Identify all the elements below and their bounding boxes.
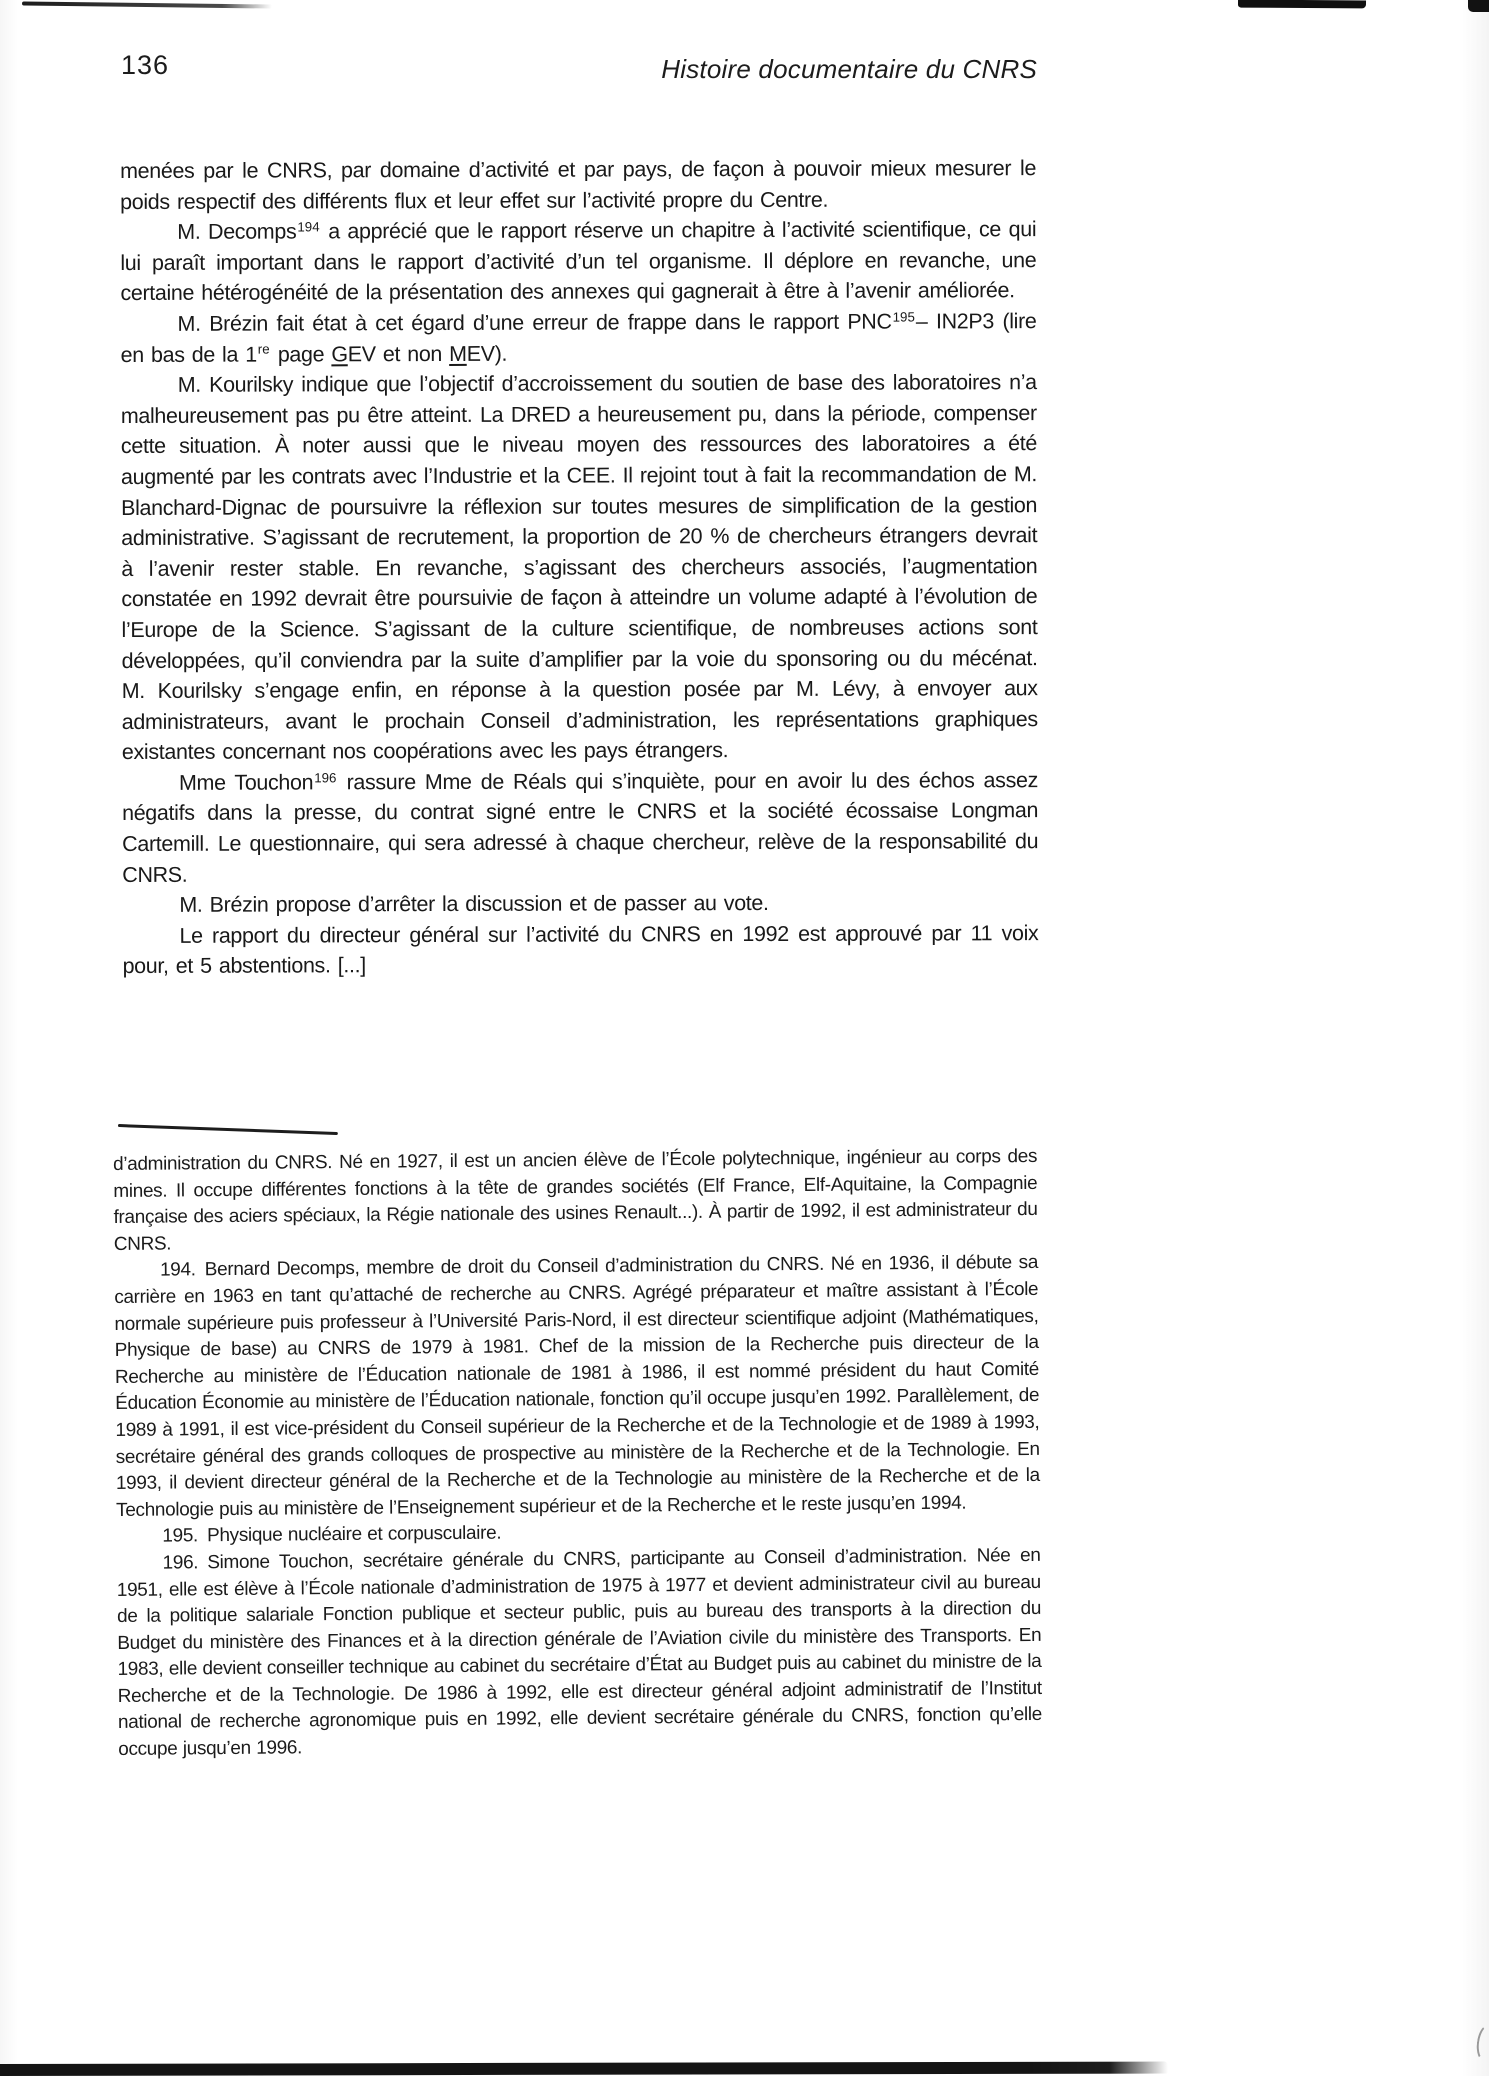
paragraph-decomps: M. Decomps194 a apprécié que le rapport …	[120, 214, 1036, 309]
scan-artifact-bottom-bar	[0, 2062, 1168, 2076]
paragraph-continuation: menées par le CNRS, par domaine d’activi…	[120, 153, 1036, 217]
scan-artifact-top-right-corner	[1468, 0, 1489, 12]
footnote-reference: 194	[296, 219, 320, 234]
footnote-196: 196. Simone Touchon, secrétaire générale…	[116, 1543, 1042, 1764]
footnote-reference: 196	[313, 770, 337, 785]
footnote-reference: 195	[892, 309, 916, 324]
scan-artifact-top-left-streak	[22, 1, 272, 8]
scan-artifact-top-right-bar	[1238, 0, 1366, 8]
main-text-block: menées par le CNRS, par domaine d’activi…	[120, 153, 1039, 982]
paragraph-vote-result: Le rapport du directeur général sur l’ac…	[122, 918, 1038, 982]
paragraph-touchon: Mme Touchon196 rassure Mme de Réals qui …	[122, 765, 1038, 890]
page-number: 136	[121, 50, 169, 81]
paragraph-kourilsky: M. Kourilsky indique que l’objectif d’ac…	[121, 367, 1038, 768]
underlined-letter: G	[331, 342, 347, 366]
footnotes-block: d’administration du CNRS. Né en 1927, il…	[113, 1144, 1042, 1764]
footnote-continuation-193: d’administration du CNRS. Né en 1927, il…	[113, 1144, 1038, 1258]
footnote-reference: re	[257, 342, 271, 357]
book-page: 136 Histoire documentaire du CNRS menées…	[0, 0, 1489, 2076]
underlined-letter: M	[449, 341, 467, 365]
footnote-separator-rule	[118, 1124, 338, 1135]
paragraph-brezin-typo: M. Brézin fait état à cet égard d’une er…	[120, 306, 1036, 370]
scan-artifact-right-edge-mark	[1474, 2023, 1489, 2063]
footnote-194: 194. Bernard Decomps, membre de droit du…	[114, 1250, 1040, 1524]
paragraph-brezin-vote: M. Brézin propose d’arrêter la discussio…	[122, 887, 1038, 920]
running-title: Histoire documentaire du CNRS	[661, 54, 1037, 85]
